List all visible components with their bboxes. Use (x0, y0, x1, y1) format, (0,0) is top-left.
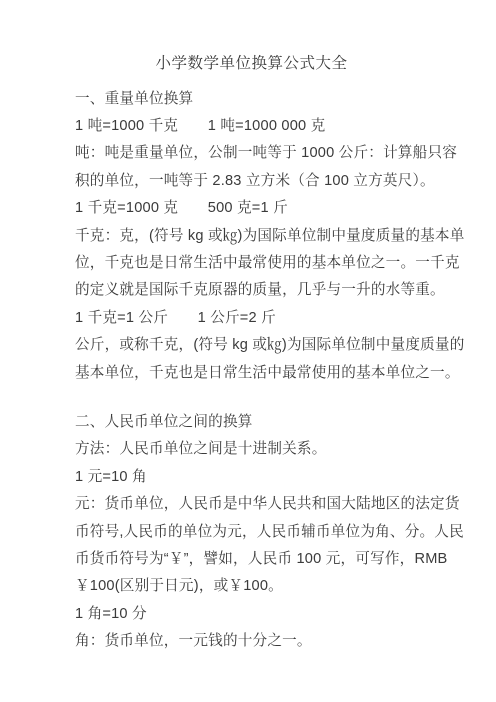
formula-line: 1 元=10 角 (75, 464, 428, 491)
formula-line: 1 千克=1000 克 500 克=1 斤 (75, 195, 428, 222)
text-line: 币符号,人民币的单位为元，人民币辅币单位为角、分。人民 (75, 519, 428, 546)
text-line: 币货币符号为“￥”，譬如，人民币 100 元，可写作，RMB (75, 546, 428, 573)
text-line: 元：货币单位，人民币是中华人民共和国大陆地区的法定货 (75, 491, 428, 518)
text-line: 角：货币单位，一元钱的十分之一。 (75, 628, 428, 655)
document-body: 一、重量单位换算1 吨=1000 千克 1 吨=1000 000 克吨：吨是重量… (75, 86, 428, 656)
text-line: ￥100(区别于日元)，或￥100。 (75, 573, 428, 600)
text-line: 基本单位，千克也是日常生活中最常使用的基本单位之一。 (75, 360, 428, 387)
formula-line: 1 千克=1 公斤 1 公斤=2 斤 (75, 305, 428, 332)
formula-line: 1 吨=1000 千克 1 吨=1000 000 克 (75, 113, 428, 140)
section-heading: 二、人民币单位之间的换算 (75, 409, 428, 436)
text-line: 吨：吨是重量单位，公制一吨等于 1000 公斤：计算船只容 (75, 140, 428, 167)
document-page: 小学数学单位换算公式大全 一、重量单位换算1 吨=1000 千克 1 吨=100… (0, 0, 496, 702)
document-title: 小学数学单位换算公式大全 (75, 50, 428, 78)
section-heading: 一、重量单位换算 (75, 86, 428, 113)
text-line: 积的单位，一吨等于 2.83 立方米（合 100 立方英尺）。 (75, 168, 428, 195)
paragraph-spacer (75, 387, 428, 409)
text-line: 千克：克，(符号 kg 或㎏)为国际单位制中量度质量的基本单 (75, 223, 428, 250)
text-line: 的定义就是国际千克原器的质量，几乎与一升的水等重。 (75, 277, 428, 304)
formula-line: 1 角=10 分 (75, 601, 428, 628)
text-line: 位，千克也是日常生活中最常使用的基本单位之一。一千克 (75, 250, 428, 277)
text-line: 公斤，或称千克，(符号 kg 或㎏)为国际单位制中量度质量的 (75, 332, 428, 359)
text-line: 方法：人民币单位之间是十进制关系。 (75, 436, 428, 463)
